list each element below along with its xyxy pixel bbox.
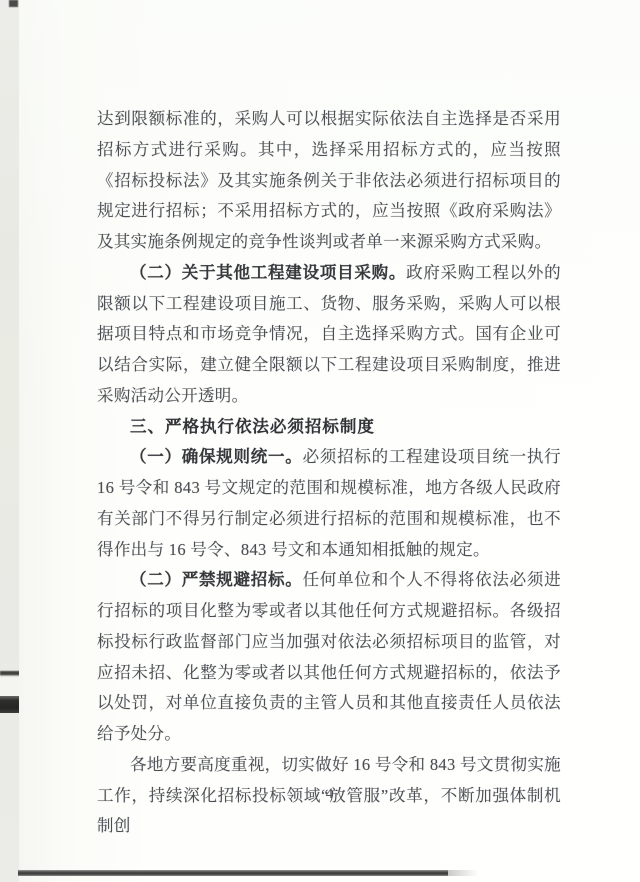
scan-artifact-top-mark [9,0,18,7]
paragraph-lead: （二）严禁规避招标。 [130,570,303,589]
paragraph-continuation: 达到限额标准的，采购人可以根据实际依法自主选择是否采用招标方式进行采购。其中，选… [97,104,561,258]
scan-artifact-line [0,671,20,675]
paragraph-text: 政府采购工程以外的限额以下工程建设项目施工、货物、服务采购，采购人可以根据项目特… [97,263,561,405]
paragraph-text: 任何单位和个人不得将依法必须进行招标的项目化整为零或者以其他任何方式规避招标。各… [97,570,561,743]
paragraph-item-2-no-evasion: （二）严禁规避招标。任何单位和个人不得将依法必须进行招标的项目化整为零或者以其他… [97,565,561,750]
scan-artifact-clip [0,696,20,713]
paragraph-item-2-other-procurement: （二）关于其他工程建设项目采购。政府采购工程以外的限额以下工程建设项目施工、货物… [97,258,561,412]
scan-edge-gap [0,676,20,696]
paragraph-text: 达到限额标准的，采购人可以根据实际依法自主选择是否采用招标方式进行采购。其中，选… [97,109,561,251]
page-number: 4 [19,786,640,803]
paragraph-lead: （一）确保规则统一。 [130,447,303,466]
document-page: 达到限额标准的，采购人可以根据实际依法自主选择是否采用招标方式进行采购。其中，选… [19,0,640,882]
scanned-document-photo: 达到限额标准的，采购人可以根据实际依法自主选择是否采用招标方式进行采购。其中，选… [0,0,640,882]
section-heading-text: 三、严格执行依法必须招标制度 [130,417,375,436]
paragraph-item-1-unified-rules: （一）确保规则统一。必须招标的工程建设项目统一执行 16 号令和 843 号文规… [97,442,561,565]
paragraph-lead: （二）关于其他工程建设项目采购。 [130,263,406,282]
section-heading-3: 三、严格执行依法必须招标制度 [97,412,561,443]
scan-edge-left [0,0,20,882]
scan-edge-bottom [18,870,448,876]
document-body: 达到限额标准的，采购人可以根据实际依法自主选择是否采用招标方式进行采购。其中，选… [97,104,561,842]
